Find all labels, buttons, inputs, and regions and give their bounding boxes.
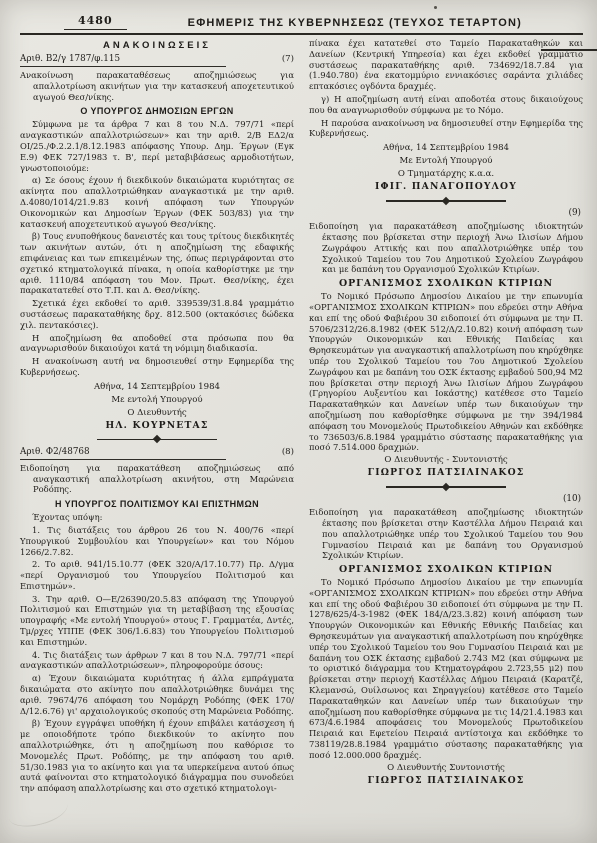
doc8-signer-name: ΙΦΙΓ. ΠΑΝΑΓΟΠΟΥΛΟΥ	[309, 181, 583, 192]
doc8-item: β) Έχουν εγγράψει υποθήκη ή έχουν επιβάλ…	[20, 718, 294, 794]
page-number: 4480	[64, 14, 127, 30]
right-column: πίνακα έχει κατατεθεί στο Ταμείο Παρακατ…	[309, 38, 583, 796]
doc8-item: 4. Τις διατάξεις των άρθρων 7 και 8 του …	[20, 650, 294, 672]
doc8-item: 3. Την αριθ. Ο—Ε/26390/20.5.83 απόφαση τ…	[20, 594, 294, 648]
header-right-rule	[541, 49, 597, 51]
doc7-summary: Ανακοίνωση παρακαταθέσεως αποζημιώσεως γ…	[20, 70, 294, 102]
doc10-body: Το Νομικό Πρόσωπο Δημοσίου Δικαίου με τη…	[309, 577, 583, 761]
doc7-signer-title: Ο Διευθυντής	[20, 408, 294, 419]
two-column-layout: ΑΝΑΚΟΙΝΩΣΕΙΣ Αριθ. Β2/γ 1787/φ.115 (7) Α…	[20, 38, 583, 796]
doc8-continued-paragraph: γ) Η αποζημίωση αυτή είναι αποδοτέα στου…	[309, 94, 583, 116]
doc8-number: Αριθ. Φ2/48768	[20, 447, 90, 457]
doc9-signer-name: ΓΙΩΡΓΟΣ ΠΑΤΣΙΛΙΝΑΚΟΣ	[309, 467, 583, 478]
doc8-summary: Ειδοποίηση για παρακατάθεση αποζημιώσεως…	[20, 463, 294, 495]
doc8-ref: (8)	[282, 447, 294, 457]
doc8-continued-paragraph: Η παρούσα ανακοίνωση να δημοσιευθεί στην…	[309, 118, 583, 140]
doc8-number-row: Αριθ. Φ2/48768 (8)	[20, 447, 294, 457]
doc9-organization-heading: ΟΡΓΑΝΙΣΜΟΣ ΣΧΟΛΙΚΩΝ ΚΤΙΡΙΩΝ	[309, 278, 583, 289]
doc7-paragraph: β) Τους ενυποθήκους δανειστές και τους τ…	[20, 231, 294, 296]
doc9-signer-title: Ο Διευθυντής - Συντονιστής	[309, 455, 583, 466]
doc10-summary: Ειδοποίηση για παρακατάθεση αποζημίωσης …	[309, 507, 583, 561]
doc10-organization-heading: ΟΡΓΑΝΙΣΜΟΣ ΣΧΟΛΙΚΩΝ ΚΤΙΡΙΩΝ	[309, 564, 583, 575]
doc7-authority-heading: Ο ΥΠΟΥΡΓΟΣ ΔΗΜΟΣΙΩΝ ΕΡΓΩΝ	[20, 106, 294, 116]
doc8-number-rule	[20, 459, 226, 460]
doc9-body: Το Νομικό Πρόσωπο Δημοσίου Δικαίου με τη…	[309, 291, 583, 453]
section-divider-ornament	[386, 485, 506, 488]
announcements-heading: ΑΝΑΚΟΙΝΩΣΕΙΣ	[20, 40, 294, 51]
divider-diamond-icon	[442, 482, 450, 490]
scan-speck	[434, 6, 437, 9]
doc8-dateline: Αθήνα, 14 Σεπτεμβρίου 1984	[309, 143, 583, 154]
doc7-paragraph: Η αποζημίωση θα αποδοθεί στα πρόσωπα που…	[20, 333, 294, 355]
doc8-item: 1. Τις διατάξεις του άρθρου 26 του Ν. 40…	[20, 525, 294, 557]
doc8-signer-title: Ο Τμηματάρχης κ.α.α.	[309, 169, 583, 180]
doc10-signer-name: ΓΙΩΡΓΟΣ ΠΑΤΣΙΛΙΝΑΚΟΣ	[309, 775, 583, 786]
doc7-paragraph: Η ανακοίνωση αυτή να δημοσιευθεί στην Εφ…	[20, 356, 294, 378]
divider-diamond-icon	[153, 435, 161, 443]
doc7-ref: (7)	[282, 54, 294, 64]
doc7-signer-name: ΗΛ. ΚΟΥΡΝΕΤΑΣ	[20, 420, 294, 431]
doc8-item: 2. Το αριθ. 941/15.10.77 (ΦΕΚ 320/Α/17.1…	[20, 559, 294, 591]
doc9-summary: Ειδοποίηση για παρακατάθεση αποζημίωσης …	[309, 221, 583, 275]
doc8-authority-heading: Η ΥΠΟΥΡΓΟΣ ΠΟΛΙΤΙΣΜΟΥ ΚΑΙ ΕΠΙΣΤΗΜΩΝ	[20, 499, 294, 509]
doc8-item: α) Έχουν δικαιώματα κυριότητας ή άλλα εμ…	[20, 673, 294, 716]
doc7-number: Αριθ. Β2/γ 1787/φ.115	[20, 54, 120, 64]
gazette-title: ΕΦΗΜΕΡΙΣ ΤΗΣ ΚΥΒΕΡΝΗΣΕΩΣ (ΤΕΥΧΟΣ ΤΕΤΑΡΤΟ…	[127, 17, 583, 30]
doc7-by-order: Με εντολή Υπουργού	[20, 395, 294, 406]
doc7-number-rule	[20, 66, 226, 67]
doc7-number-row: Αριθ. Β2/γ 1787/φ.115 (7)	[20, 54, 294, 64]
divider-diamond-icon	[442, 196, 450, 204]
doc7-dateline: Αθήνα, 14 Σεπτεμβρίου 1984	[20, 382, 294, 393]
doc8-continued-paragraph: πίνακα έχει κατατεθεί στο Ταμείο Παρακατ…	[309, 38, 583, 92]
doc8-intro: Έχοντας υπόψη:	[20, 512, 294, 523]
doc9-ref: (9)	[309, 208, 581, 218]
doc7-paragraph: Σχετικά έχει εκδοθεί το αριθ. 339539/31.…	[20, 298, 294, 330]
left-column: ΑΝΑΚΟΙΝΩΣΕΙΣ Αριθ. Β2/γ 1787/φ.115 (7) Α…	[20, 38, 294, 796]
doc7-paragraph: Σύμφωνα με τα άρθρα 7 και 8 του Ν.Δ. 797…	[20, 119, 294, 173]
section-divider-ornament	[97, 438, 217, 441]
doc10-signer-title: Ο Διευθυντής Συντονιστής	[309, 763, 583, 774]
doc10-ref: (10)	[309, 494, 581, 504]
pencil-smudge	[6, 791, 71, 832]
page-header: 4480 ΕΦΗΜΕΡΙΣ ΤΗΣ ΚΥΒΕΡΝΗΣΕΩΣ (ΤΕΥΧΟΣ ΤΕ…	[20, 6, 583, 35]
doc8-by-order: Με Εντολή Υπουργού	[309, 156, 583, 167]
section-divider-ornament	[386, 199, 506, 202]
doc7-paragraph: α) Σε όσους έχουν ή διεκδικούν δικαιώματ…	[20, 175, 294, 229]
gazette-page: 4480 ΕΦΗΜΕΡΙΣ ΤΗΣ ΚΥΒΕΡΝΗΣΕΩΣ (ΤΕΥΧΟΣ ΤΕ…	[0, 0, 597, 843]
